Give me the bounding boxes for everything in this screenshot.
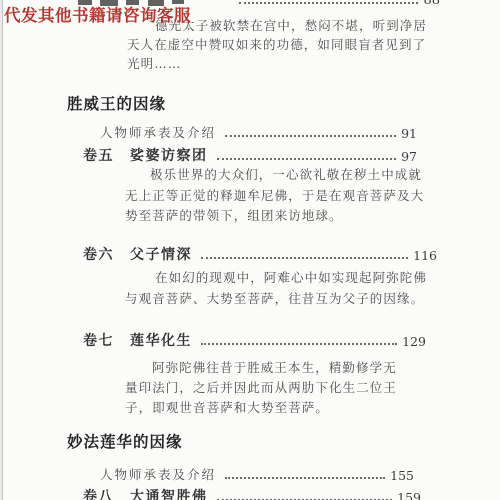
para3-line2: 与观音菩萨、大势至菩萨，往昔互为父子的因缘。 (125, 292, 424, 306)
page-number: 91 (401, 126, 417, 141)
toc-chapter: 卷七 (83, 333, 114, 349)
toc-label: 人物师承表及介绍 (100, 125, 216, 141)
scanned-book-toc-page: 88 代发其他书籍请咨询客服 德光太子被软禁在宫中，愁闷不堪，听到净居 天人在虚… (0, 0, 500, 500)
dot-leader (217, 158, 397, 160)
toc-chapter: 卷五 (83, 148, 114, 164)
page-number: 88 (423, 0, 440, 8)
section-heading-miaofa-lianhua: 妙法莲华的因缘 (67, 430, 183, 452)
para1-line1: 德光太子被软禁在宫中，愁闷不堪，听到净居 (155, 19, 427, 33)
para4-line3: 子，即观世音菩萨和大势至菩萨。 (125, 401, 329, 415)
toc-row-juan8: 卷八 大通智胜佛 159 (83, 488, 421, 500)
toc-row-juan7: 卷七 莲华化生 129 (83, 332, 426, 349)
page-number: 97 (401, 149, 417, 164)
page-number: 155 (390, 468, 414, 483)
para2-line3: 势至菩萨的带领下，组团来访地球。 (125, 209, 343, 223)
para3-line1: 在如幻的现观中，阿难心中如实现起阿弥陀佛 (155, 271, 427, 285)
toc-row-intro-155: 人物师承表及介绍 155 (100, 466, 414, 483)
toc-title: 大通智胜佛 (130, 489, 208, 500)
para4-line1: 阿弥陀佛往昔于胜威王本生，精勤修学无 (152, 361, 397, 375)
toc-title: 莲华化生 (130, 333, 192, 349)
toc-row-juan5: 卷五 娑婆访察团 97 (83, 147, 417, 164)
dot-leader (225, 477, 385, 479)
toc-chapter: 卷八 (83, 489, 114, 500)
para1-line3: 光明…… (127, 57, 181, 71)
toc-row-juan6: 卷六 父子情深 116 (83, 246, 437, 263)
toc-label: 人物师承表及介绍 (100, 467, 216, 483)
para1-line2: 天人在虚空中赞叹如来的功德，如同眼盲者见到了 (127, 38, 426, 52)
page-number: 159 (397, 490, 421, 500)
page-number: 129 (402, 334, 426, 349)
dot-leader (201, 257, 408, 259)
para4-line2: 量印法门，之后并因此而从两肋下化生二位王 (125, 381, 397, 395)
para2-line1: 极乐世界的大众们，一心欲礼敬在秽土中成就 (150, 168, 422, 182)
page-number: 116 (413, 248, 437, 263)
para2-line2: 无上正等正觉的释迦牟尼佛，于是在观音菩萨及大 (125, 189, 424, 203)
dot-leader (201, 343, 397, 345)
dot-leader (225, 135, 396, 137)
toc-row-clipped-top: 88 (230, 0, 440, 8)
scan-edge-line (2, 0, 3, 500)
toc-title: 父子情深 (130, 247, 192, 263)
dot-leader (239, 2, 418, 4)
toc-row-intro-91: 人物师承表及介绍 91 (100, 124, 417, 141)
section-heading-shengweiwang: 胜威王的因缘 (67, 92, 166, 114)
toc-chapter: 卷六 (83, 247, 114, 263)
toc-title: 娑婆访察团 (130, 148, 208, 164)
red-seller-watermark: 代发其他书籍请咨询客服 (4, 2, 191, 26)
